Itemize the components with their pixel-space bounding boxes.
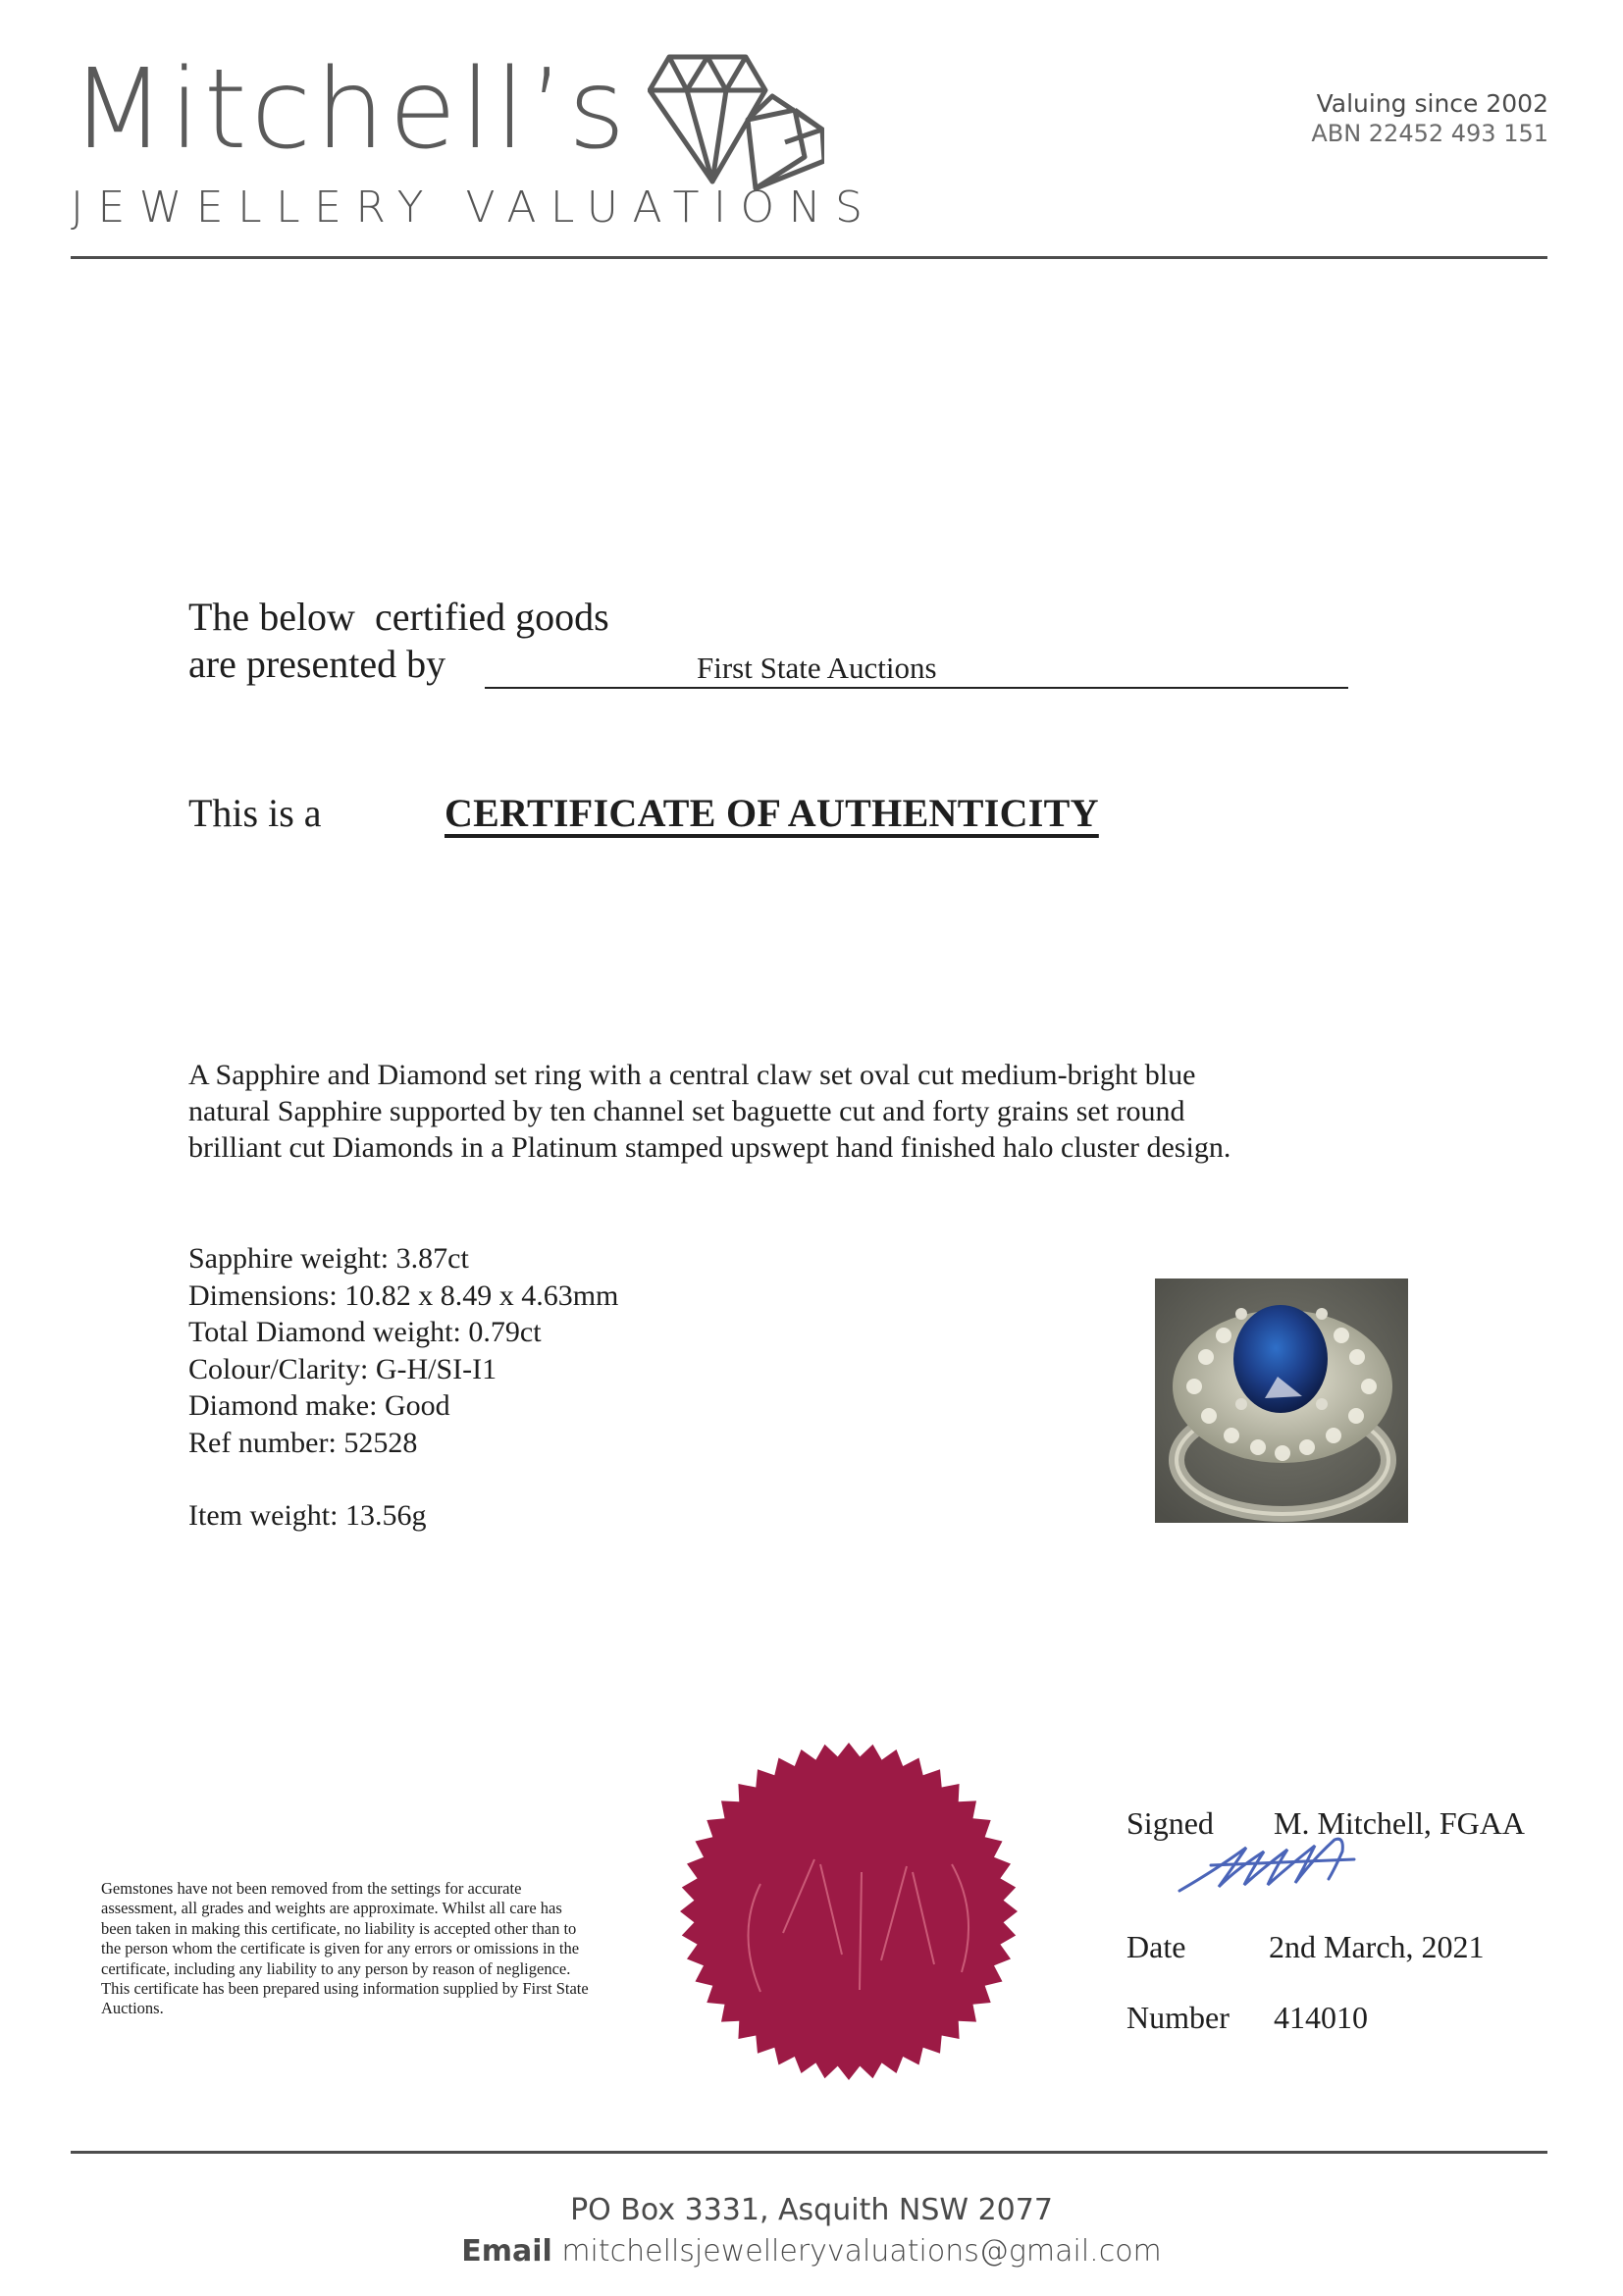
certificate-title: CERTIFICATE OF AUTHENTICITY — [445, 790, 1099, 836]
signed-label: Signed — [1126, 1805, 1214, 1842]
email-link[interactable]: mitchellsjewelleryvaluations@gmail.com — [561, 2234, 1161, 2269]
spec-value: G-H/SI-I1 — [376, 1353, 497, 1385]
diamonds-icon — [648, 49, 824, 196]
brand-subtitle: JEWELLERY VALUATIONS — [71, 186, 876, 230]
presenter-underline — [485, 687, 1348, 689]
spec-row: Diamond make: Good — [188, 1387, 618, 1425]
intro-line-2: are presented by — [188, 641, 609, 688]
intro-line-1: The below certified goods — [188, 594, 609, 641]
item-specs: Sapphire weight: 3.87ct Dimensions: 10.8… — [188, 1240, 618, 1461]
number-label: Number — [1126, 2000, 1230, 2036]
spec-value: Good — [385, 1389, 450, 1422]
email-label: Email — [461, 2234, 552, 2269]
intro-text: The below certified goods are presented … — [188, 594, 609, 688]
abn-number: ABN 22452 493 151 — [1311, 119, 1548, 148]
handwritten-signature — [1178, 1830, 1413, 1908]
spec-row: Colour/Clarity: G-H/SI-I1 — [188, 1351, 618, 1388]
item-weight-value: 13.56g — [345, 1499, 427, 1532]
certificate-prefix: This is a — [188, 790, 322, 836]
header-contact: Valuing since 2002 ABN 22452 493 151 — [1311, 88, 1548, 148]
date-value: 2nd March, 2021 — [1269, 1929, 1485, 1965]
spec-row: Dimensions: 10.82 x 8.49 x 4.63mm — [188, 1278, 618, 1315]
spec-value: 0.79ct — [468, 1316, 541, 1348]
presenter-name: First State Auctions — [697, 651, 937, 686]
footer-address: PO Box 3331, Asquith NSW 2077 — [0, 2193, 1623, 2227]
header-divider — [71, 256, 1547, 259]
red-wax-seal-icon — [667, 1737, 1030, 2090]
certificate-number: 414010 — [1274, 2000, 1368, 2036]
tagline: Valuing since 2002 — [1311, 88, 1548, 119]
brand-name: Mitchell’s — [71, 55, 629, 165]
item-description: A Sapphire and Diamond set ring with a c… — [188, 1057, 1268, 1166]
signer-name: M. Mitchell, FGAA — [1274, 1805, 1525, 1842]
spec-value: 3.87ct — [396, 1242, 469, 1275]
footer-email: Email mitchellsjewelleryvaluations@gmail… — [0, 2234, 1623, 2269]
date-label: Date — [1126, 1929, 1185, 1965]
disclaimer-text: Gemstones have not been removed from the… — [101, 1879, 592, 2019]
spec-row: Total Diamond weight: 0.79ct — [188, 1314, 618, 1351]
footer-divider — [71, 2151, 1547, 2154]
spec-value: 10.82 x 8.49 x 4.63mm — [344, 1279, 618, 1312]
sapphire-ring-photo — [1155, 1278, 1408, 1523]
item-weight: Item weight: 13.56g — [188, 1499, 426, 1533]
spec-value: 52528 — [343, 1427, 417, 1459]
spec-row: Sapphire weight: 3.87ct — [188, 1240, 618, 1278]
spec-row: Ref number: 52528 — [188, 1425, 618, 1462]
